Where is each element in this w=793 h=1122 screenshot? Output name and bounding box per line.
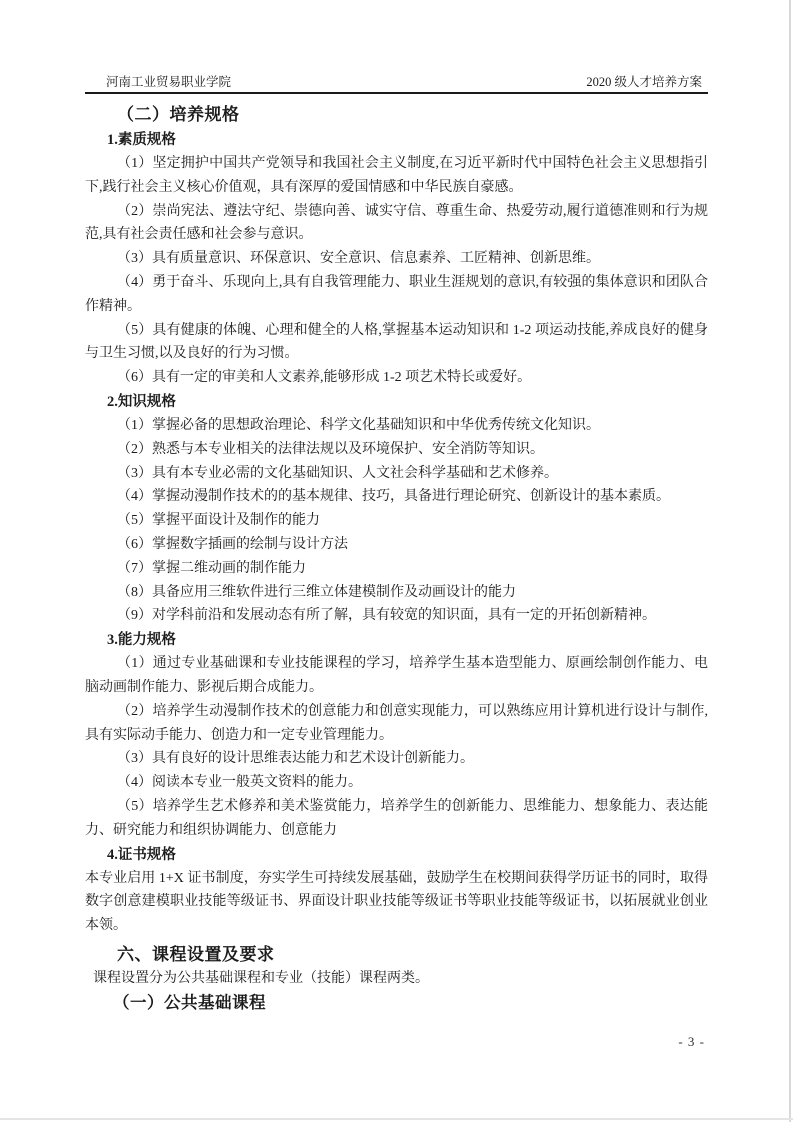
- page-number: - 3 -: [678, 1034, 705, 1050]
- school-name: 河南工业贸易职业学院: [85, 74, 231, 90]
- para-ability-3: （3）具有良好的设计思维表达能力和艺术设计创新能力。: [85, 747, 708, 771]
- para-quality-2: （2）崇尚宪法、遵法守纪、崇德向善、诚实守信、尊重生命、热爱劳动,履行道德准则和…: [85, 200, 708, 248]
- para-knowledge-6: （6）掌握数字插画的绘制与设计方法: [85, 533, 708, 557]
- para-knowledge-3: （3）具有本专业必需的文化基础知识、人文社会科学基础和艺术修养。: [85, 462, 708, 486]
- heading-course-setup: 六、课程设置及要求: [85, 941, 708, 968]
- scan-edge-right: [789, 0, 791, 1122]
- para-certificate: 本专业启用 1+X 证书制度，夯实学生可持续发展基础，鼓励学生在校期间获得学历证…: [85, 867, 708, 938]
- para-quality-5: （5）具有健康的体魄、心理和健全的人格,掌握基本运动知识和 1-2 项运动技能,…: [85, 319, 708, 367]
- para-quality-1: （1）坚定拥护中国共产党领导和我国社会主义制度,在习近平新时代中国特色社会主义思…: [85, 152, 708, 200]
- para-ability-2: （2）培养学生动漫制作技术的创意能力和创意实现能力，可以熟练应用计算机进行设计与…: [85, 700, 708, 748]
- page-header: 河南工业贸易职业学院 2020 级人才培养方案: [85, 0, 708, 94]
- para-ability-4: （4）阅读本专业一般英文资料的能力。: [85, 771, 708, 795]
- para-quality-6: （6）具有一定的审美和人文素养,能够形成 1-2 项艺术特长或爱好。: [85, 366, 708, 390]
- para-knowledge-9: （9）对学科前沿和发展动态有所了解，具有较宽的知识面，具有一定的开拓创新精神。: [85, 604, 708, 628]
- para-ability-1: （1）通过专业基础课和专业技能课程的学习，培养学生基本造型能力、原画绘制创作能力…: [85, 652, 708, 700]
- para-quality-3: （3）具有质量意识、环保意识、安全意识、信息素养、工匠精神、创新思维。: [85, 247, 708, 271]
- heading-certificate-specs: 4.证书规格: [85, 843, 708, 867]
- heading-training-specifications: （二）培养规格: [85, 101, 708, 128]
- document-page: { "header": { "left": "河南工业贸易职业学院", "rig…: [0, 0, 793, 1122]
- heading-ability-specs: 3.能力规格: [85, 628, 708, 652]
- para-course-intro: 课程设置分为公共基础课程和专业（技能）课程两类。: [85, 968, 708, 990]
- heading-knowledge-specs: 2.知识规格: [85, 390, 708, 414]
- heading-quality-specs: 1.素质规格: [85, 128, 708, 152]
- para-ability-5: （5）培养学生艺术修养和美术鉴赏能力，培养学生的创新能力、思维能力、想象能力、表…: [85, 795, 708, 843]
- document-body: （二）培养规格1.素质规格（1）坚定拥护中国共产党领导和我国社会主义制度,在习近…: [85, 101, 708, 1016]
- para-knowledge-4: （4）掌握动漫制作技术的的基本规律、技巧，具备进行理论研究、创新设计的基本素质。: [85, 485, 708, 509]
- para-knowledge-7: （7）掌握二维动画的制作能力: [85, 557, 708, 581]
- scan-edge-bottom: [0, 1118, 793, 1120]
- para-knowledge-2: （2）熟悉与本专业相关的法律法规以及环境保护、安全消防等知识。: [85, 438, 708, 462]
- para-knowledge-8: （8）具备应用三维软件进行三维立体建模制作及动画设计的能力: [85, 581, 708, 605]
- para-knowledge-1: （1）掌握必备的思想政治理论、科学文化基础知识和中华优秀传统文化知识。: [85, 414, 708, 438]
- para-quality-4: （4）勇于奋斗、乐现向上,具有自我管理能力、职业生涯规划的意识,有较强的集体意识…: [85, 271, 708, 319]
- program-title: 2020 级人才培养方案: [586, 74, 708, 90]
- para-knowledge-5: （5）掌握平面设计及制作的能力: [85, 509, 708, 533]
- heading-public-basic-courses: （一）公共基础课程: [85, 990, 708, 1016]
